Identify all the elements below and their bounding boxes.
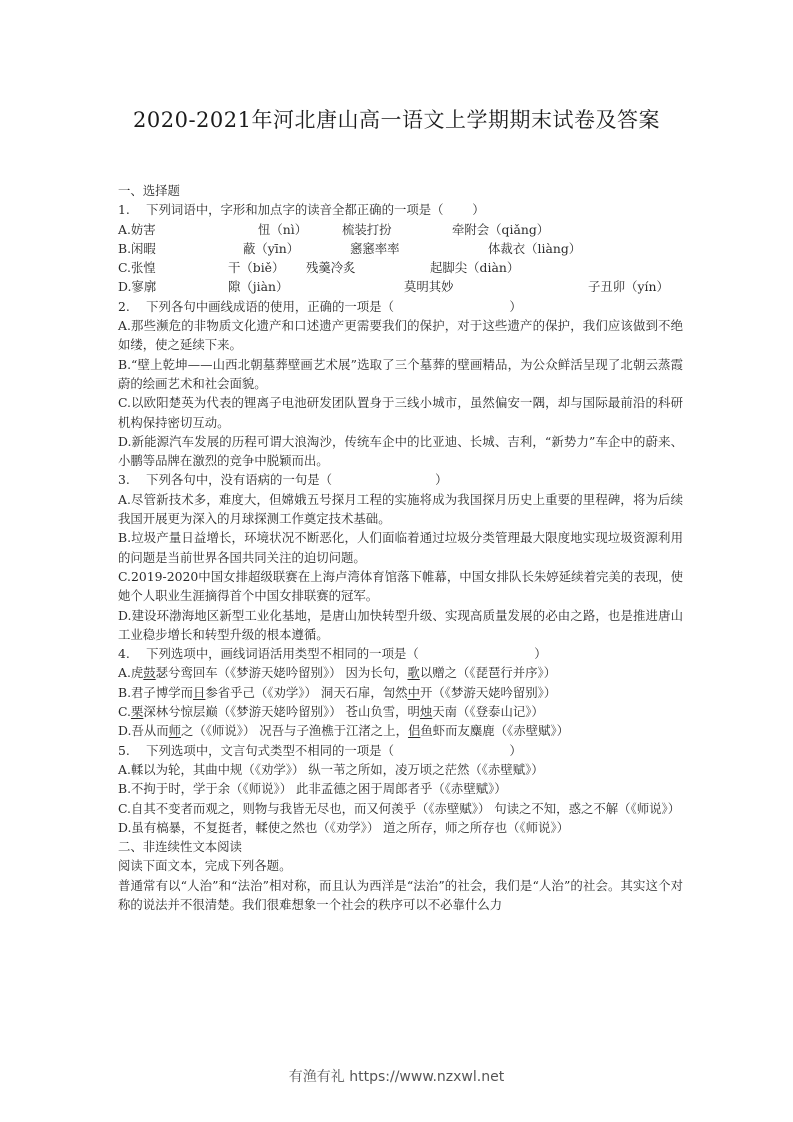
document-body: 一、选择题 1. 下列词语中，字形和加点字的读音全都正确的一项是（ ） A.妨害… xyxy=(118,181,683,914)
underlined-word: 中 xyxy=(408,685,420,700)
q5-option-a: A.輮以为轮，其曲中规（《劝学》） 纵一苇之所如，凌万顷之茫然（《赤壁赋》） xyxy=(118,760,683,779)
underlined-word: 栗 xyxy=(131,704,143,719)
q4-option-c: C.栗深林兮惊层巅（《梦游天姥吟留别》） 苍山负雪，明烛天南（《登泰山记》） xyxy=(118,702,683,721)
question-2-stem: 2. 下列各句中画线成语的使用，正确的一项是（ ） xyxy=(118,297,683,316)
q4-option-d: D.吾从而师之（《师说》） 况吾与子渔樵于江渚之上，侣鱼虾而友麋鹿（《赤壁赋》） xyxy=(118,721,683,740)
q3-option-a: A.尽管新技术多，难度大，但嫦娥五号探月工程的实施将成为我国探月历史上重要的里程… xyxy=(118,490,683,529)
underlined-word: 歌 xyxy=(407,665,419,680)
underlined-word: 鼓 xyxy=(143,665,155,680)
underlined-word: 日 xyxy=(193,685,205,700)
q1-option-a: A.妨害 忸（nì） 梳装打扮 牵附会（qiǎng） xyxy=(118,220,683,239)
underlined-word: 烛 xyxy=(420,704,432,719)
q5-option-b: B.不拘于时，学于余（《师说》） 此非孟德之困于周郎者乎（《赤壁赋》） xyxy=(118,779,683,798)
section-heading: 一、选择题 xyxy=(118,181,683,200)
q5-option-d: D.虽有槁暴，不复挺者，輮使之然也（《劝学》） 道之所存，师之所存也（《师说》） xyxy=(118,818,683,837)
underlined-word: 师 xyxy=(169,723,181,738)
underlined-word: 侣 xyxy=(408,723,420,738)
q1-option-d: D.寥廓 隙（jiàn） 莫明其妙 子丑卯（yín） xyxy=(118,277,683,296)
question-5-stem: 5. 下列选项中，文言句式类型不相同的一项是（ ） xyxy=(118,741,683,760)
q1-option-b: B.闲暇 蔽（yīn） 窸窸率率 体裁衣（liàng） xyxy=(118,239,683,258)
q4-option-b: B.君子博学而日参省乎己（《劝学》） 洞天石扉，訇然中开（《梦游天姥吟留别》） xyxy=(118,683,683,702)
question-4-stem: 4. 下列选项中，画线词语活用类型不相同的一项是（ ） xyxy=(118,644,683,663)
q5-option-c: C.自其不变者而观之，则物与我皆无尽也，而又何羡乎（《赤壁赋》） 句读之不知，惑… xyxy=(118,799,683,818)
question-1-stem: 1. 下列词语中，字形和加点字的读音全都正确的一项是（ ） xyxy=(118,200,683,219)
reading-passage: 普通常有以“人治”和“法治”相对称，而且认为西洋是“法治”的社会，我们是“人治”… xyxy=(118,876,683,915)
q1-option-c: C.张惶 干（biě） 残羹冷炙 起脚尖（diàn） xyxy=(118,258,683,277)
question-3-stem: 3. 下列各句中，没有语病的一句是（ ） xyxy=(118,470,683,489)
document-title: 2020-2021年河北唐山高一语文上学期期末试卷及答案 xyxy=(0,104,793,134)
q2-option-b: B.“壁上乾坤——山西北朝墓葬壁画艺术展”选取了三个墓葬的壁画精品，为公众鲜活呈… xyxy=(118,355,683,394)
q4-option-a: A.虎鼓瑟兮鸾回车（《梦游天姥吟留别》） 因为长句，歌以赠之（《琵琶行并序》） xyxy=(118,663,683,682)
watermark-footer: 有渔有礼 https://www.nzxwl.net xyxy=(0,1066,793,1086)
q3-option-c: C.2019-2020中国女排超级联赛在上海卢湾体育馆落下帷幕，中国女排队长朱婷… xyxy=(118,567,683,606)
q2-option-d: D.新能源汽车发展的历程可谓大浪淘沙，传统车企中的比亚迪、长城、吉利，“新势力”… xyxy=(118,432,683,471)
q3-option-d: D.建设环渤海地区新型工业化基地，是唐山加快转型升级、实现高质量发展的必由之路，… xyxy=(118,606,683,645)
q2-option-c: C.以欧阳楚英为代表的锂离子电池研发团队置身于三线小城市，虽然偏安一隅，却与国际… xyxy=(118,393,683,432)
section-2-heading: 二、非连续性文本阅读 xyxy=(118,837,683,856)
reading-instruction: 阅读下面文本，完成下列各题。 xyxy=(118,856,683,875)
q3-option-b: B.垃圾产量日益增长，环境状况不断恶化，人们面临着通过垃圾分类管理最大限度地实现… xyxy=(118,528,683,567)
q2-option-a: A.那些濒危的非物质文化遗产和口述遗产更需要我们的保护，对于这些遗产的保护，我们… xyxy=(118,316,683,355)
